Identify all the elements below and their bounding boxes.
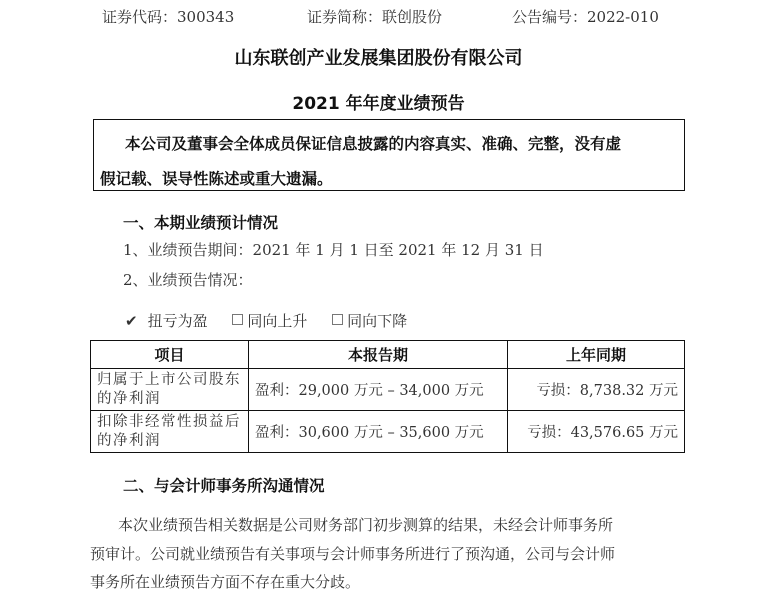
option-decrease: 同向下降 <box>332 312 417 330</box>
empty-checkbox-icon <box>232 314 243 325</box>
disclaimer-box: 本公司及董事会全体成员保证信息披露的内容真实、准确、完整，没有虚 假记载、误导性… <box>93 119 685 191</box>
row-prior: 亏损：8,738.32 万元 <box>508 369 685 411</box>
row-prior: 亏损：43,576.65 万元 <box>508 411 685 453</box>
section-1-heading: 一、本期业绩预计情况 <box>123 211 278 233</box>
company-name: 山东联创产业发展集团股份有限公司 <box>0 44 757 70</box>
row-item: 归属于上市公司股东的净利润 <box>91 369 249 411</box>
option-increase: 同向上升 <box>232 312 317 330</box>
forecast-period: 1、业绩预告期间：2021 年 1 月 1 日至 2021 年 12 月 31 … <box>123 239 544 260</box>
forecast-type-options: ✔扭亏为盈 同向上升 同向下降 <box>125 310 427 331</box>
table-row: 扣除非经常性损益后的净利润 盈利：30,600 万元 – 35,600 万元 亏… <box>91 411 685 453</box>
table-header-row: 项目 本报告期 上年同期 <box>91 341 685 369</box>
section-2-heading: 二、与会计师事务所沟通情况 <box>123 474 325 496</box>
disclaimer-line-2: 假记载、误导性陈述或重大遗漏。 <box>100 167 333 189</box>
forecast-status-label: 2、业绩预告情况： <box>123 269 253 290</box>
section-2-paragraph-line-2: 预审计。公司就业绩预告有关事项与会计师事务所进行了预沟通，公司与会计师 <box>90 543 615 564</box>
row-current: 盈利：30,600 万元 – 35,600 万元 <box>249 411 508 453</box>
row-item: 扣除非经常性损益后的净利润 <box>91 411 249 453</box>
disclaimer-line-1: 本公司及董事会全体成员保证信息披露的内容真实、准确、完整，没有虚 <box>125 132 621 154</box>
header-item: 项目 <box>91 341 249 369</box>
option-turnaround: ✔扭亏为盈 <box>125 312 218 330</box>
section-2-paragraph-line-3: 事务所在业绩预告方面不存在重大分歧。 <box>90 571 360 592</box>
section-2-paragraph-line-1: 本次业绩预告相关数据是公司财务部门初步测算的结果，未经会计师事务所 <box>118 514 613 535</box>
empty-checkbox-icon <box>332 314 343 325</box>
header-prior-period: 上年同期 <box>508 341 685 369</box>
announcement-number: 公告编号：2022-010 <box>512 6 659 27</box>
stock-code: 证券代码：300343 <box>102 6 234 27</box>
check-mark-icon: ✔ <box>125 312 138 330</box>
performance-table: 项目 本报告期 上年同期 归属于上市公司股东的净利润 盈利：29,000 万元 … <box>90 340 685 453</box>
stock-short-name: 证券简称：联创股份 <box>307 6 442 27</box>
header-current-period: 本报告期 <box>249 341 508 369</box>
table-row: 归属于上市公司股东的净利润 盈利：29,000 万元 – 34,000 万元 亏… <box>91 369 685 411</box>
row-current: 盈利：29,000 万元 – 34,000 万元 <box>249 369 508 411</box>
document-title: 2021 年年度业绩预告 <box>0 89 757 114</box>
